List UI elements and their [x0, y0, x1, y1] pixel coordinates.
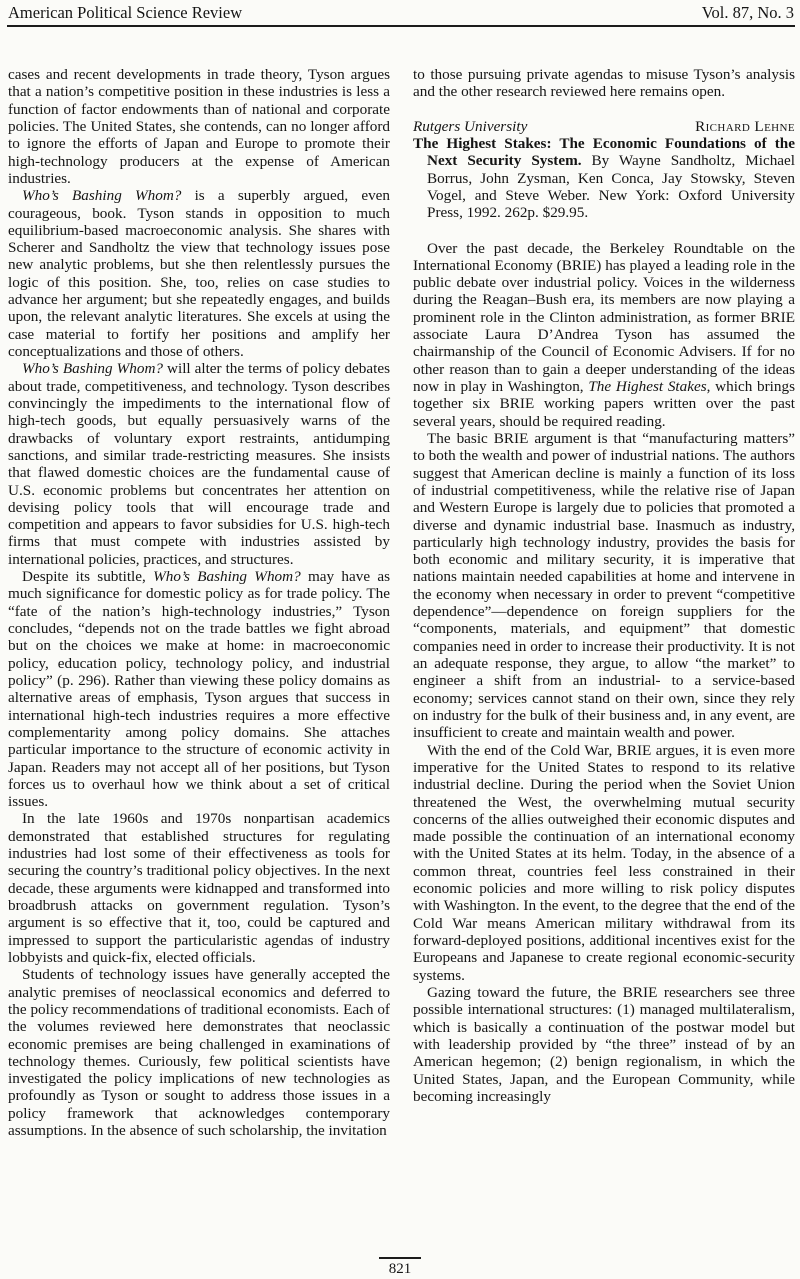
paragraph: In the late 1960s and 1970s nonpartisan … — [8, 810, 390, 966]
right-column: to those pursuing private agendas to mis… — [413, 66, 795, 1139]
paragraph: Who’s Bashing Whom? will alter the terms… — [8, 360, 390, 568]
text-run: With the end of the Cold War, BRIE argue… — [413, 742, 795, 984]
review-paragraphs: Over the past decade, the Berkeley Round… — [413, 240, 795, 1106]
paragraph: cases and recent developments in trade t… — [8, 66, 390, 187]
page-footer: 821 — [0, 1257, 800, 1278]
text-run: is a superbly argued, even courageous, b… — [8, 187, 390, 360]
reviewer-name: Richard Lehne — [695, 118, 795, 135]
two-column-body: cases and recent developments in trade t… — [0, 27, 800, 1139]
text-run: Gazing toward the future, the BRIE resea… — [413, 984, 795, 1105]
paragraph: Students of technology issues have gener… — [8, 966, 390, 1139]
paragraph: With the end of the Cold War, BRIE argue… — [413, 742, 795, 984]
issue-label: Vol. 87, No. 3 — [702, 3, 794, 22]
attribution-line: Rutgers University Richard Lehne — [413, 118, 795, 135]
text-run: Who’s Bashing Whom? — [22, 360, 163, 377]
paragraph: Who’s Bashing Whom? is a superbly argued… — [8, 187, 390, 360]
text-run: may have as much significance for domest… — [8, 568, 390, 810]
text-run: cases and recent developments in trade t… — [8, 66, 390, 187]
paragraph: Despite its subtitle, Who’s Bashing Whom… — [8, 568, 390, 810]
paragraph: Over the past decade, the Berkeley Round… — [413, 240, 795, 430]
text-run: to those pursuing private agendas to mis… — [413, 66, 795, 100]
text-run: The basic BRIE argument is that “manufac… — [413, 430, 795, 741]
paragraph: The basic BRIE argument is that “manufac… — [413, 430, 795, 742]
text-run: The Highest Stakes — [588, 378, 706, 395]
text-run: Despite its subtitle, — [22, 568, 153, 585]
affiliation-label: Rutgers University — [413, 118, 527, 135]
text-run: will alter the terms of policy debates a… — [8, 360, 390, 567]
paragraph: to those pursuing private agendas to mis… — [413, 66, 795, 101]
left-column: cases and recent developments in trade t… — [8, 66, 390, 1139]
book-review-heading: The Highest Stakes: The Economic Foundat… — [413, 135, 795, 222]
page-header: American Political Science Review Vol. 8… — [0, 0, 800, 22]
footer-rule — [379, 1257, 421, 1259]
closing-paragraphs: to those pursuing private agendas to mis… — [413, 66, 795, 101]
journal-page: American Political Science Review Vol. 8… — [0, 0, 800, 1279]
paragraph: Gazing toward the future, the BRIE resea… — [413, 984, 795, 1105]
page-number: 821 — [0, 1260, 800, 1278]
text-run: Students of technology issues have gener… — [8, 966, 390, 1139]
text-run: Who’s Bashing Whom? — [22, 187, 181, 204]
text-run: In the late 1960s and 1970s nonpartisan … — [8, 810, 390, 966]
text-run: Who’s Bashing Whom? — [153, 568, 301, 585]
text-run: Over the past decade, the Berkeley Round… — [413, 240, 795, 396]
journal-title: American Political Science Review — [8, 3, 242, 22]
